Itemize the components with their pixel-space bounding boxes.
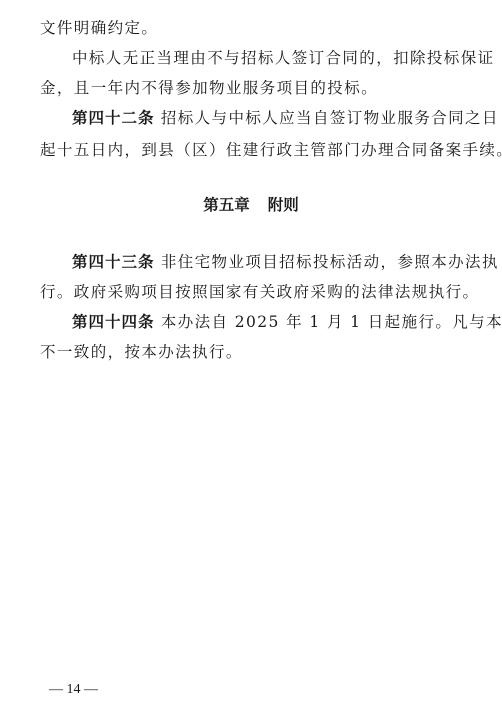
article-number: 第四十三条 xyxy=(72,253,155,271)
chapter-number: 第五章 xyxy=(203,196,250,214)
paragraph-line: 不一致的，按本办法执行。 xyxy=(40,342,480,362)
article-44-line: 第四十四条 本办法自 2025 年 1 月 1 日起施行。凡与本办法 xyxy=(72,312,480,332)
article-42-line: 第四十二条 招标人与中标人应当自签订物业服务合同之日 xyxy=(72,108,480,128)
article-number: 第四十四条 xyxy=(72,313,155,331)
paragraph-line: 起十五日内，到县（区）住建行政主管部门办理合同备案手续。 xyxy=(40,140,480,160)
document-page: 文件明确约定。 中标人无正当理由不与招标人签订合同的，扣除投标保证 金，且一年内… xyxy=(0,0,502,703)
article-text: 本办法自 2025 年 1 月 1 日起施行。凡与本办法 xyxy=(161,313,502,331)
paragraph-line: 中标人无正当理由不与招标人签订合同的，扣除投标保证 xyxy=(72,48,480,68)
article-43-line: 第四十三条 非住宅物业项目招标投标活动，参照本办法执 xyxy=(72,252,480,272)
paragraph-line: 文件明确约定。 xyxy=(40,18,480,38)
chapter-title: 附则 xyxy=(268,196,299,214)
paragraph-line: 金，且一年内不得参加物业服务项目的投标。 xyxy=(40,78,480,98)
chapter-heading: 第五章附则 xyxy=(0,194,502,216)
page-number: — 14 — xyxy=(49,682,98,698)
article-number: 第四十二条 xyxy=(72,109,155,127)
paragraph-line: 行。政府采购项目按照国家有关政府采购的法律法规执行。 xyxy=(40,282,480,302)
article-text: 非住宅物业项目招标投标活动，参照本办法执 xyxy=(161,253,499,271)
article-text: 招标人与中标人应当自签订物业服务合同之日 xyxy=(161,109,499,127)
